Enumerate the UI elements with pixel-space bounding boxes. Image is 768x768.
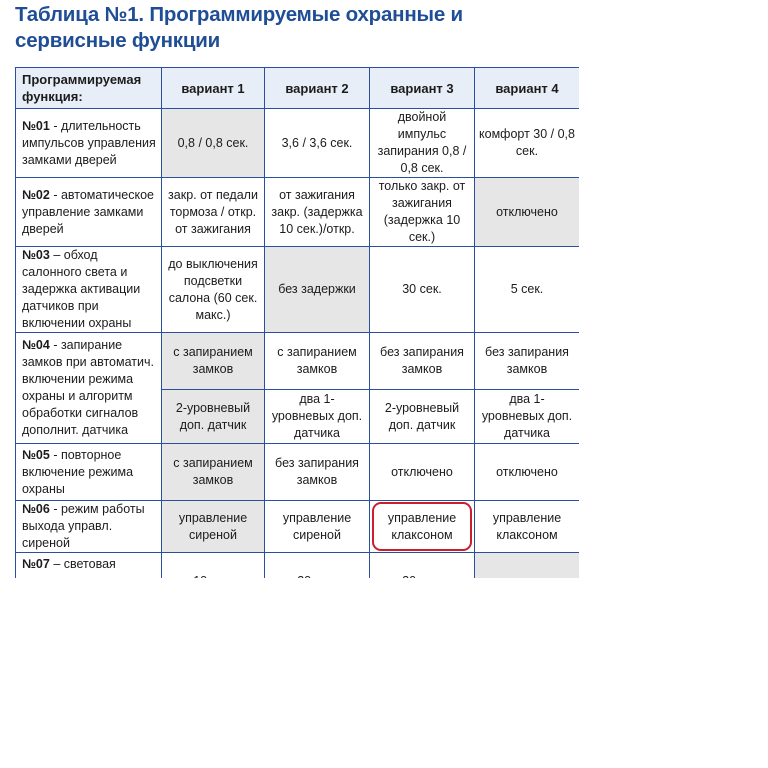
value-cell: с запиранием замков [265, 333, 370, 390]
value-cell: два 1- уровневых доп. датчика [475, 390, 580, 444]
value-cell: 30 сек. [370, 247, 475, 333]
value-cell: два 1- уровневых доп. датчика [265, 390, 370, 444]
table-row: №06 - режим работы выхода управл. сирено… [16, 501, 580, 553]
value-cell-default: управление сиреной [162, 501, 265, 553]
header-variant-3: вариант 3 [370, 68, 475, 109]
value-cell-default: с запиранием замков [162, 333, 265, 390]
value-cell: от зажигания закр. (задержка 10 сек.)/от… [265, 178, 370, 247]
function-code: №03 [22, 248, 50, 262]
header-function: Программируемая функция: [16, 68, 162, 109]
value-cell: только закр. от зажигания (задержка 10 с… [370, 178, 475, 247]
value-cell: 3,6 / 3,6 сек. [265, 109, 370, 178]
function-cell: №02 - автоматическое управление замками … [16, 178, 162, 247]
function-desc: - запирание замков при автоматич. включе… [22, 338, 154, 437]
function-cell: №04 - запирание замков при автоматич. вк… [16, 333, 162, 444]
value-cell: 30 сек. [370, 553, 475, 579]
value-cell: управление клаксоном [475, 501, 580, 553]
value-cell-default: с запиранием замков [162, 444, 265, 501]
functions-table: Программируемая функция: вариант 1 вариа… [15, 67, 579, 578]
value-cell-default: 2-уровневый доп. датчик [162, 390, 265, 444]
header-variant-2: вариант 2 [265, 68, 370, 109]
function-cell: №03 – обход салонного света и задержка а… [16, 247, 162, 333]
header-row: Программируемая функция: вариант 1 вариа… [16, 68, 580, 109]
value-cell: отключено [475, 444, 580, 501]
table-row: №02 - автоматическое управление замками … [16, 178, 580, 247]
function-cell: №06 - режим работы выхода управл. сирено… [16, 501, 162, 553]
value-cell: без запирания замков [370, 333, 475, 390]
function-cell: №01 - длительность импульсов управления … [16, 109, 162, 178]
table-row: №05 - повторное включение режима охраны … [16, 444, 580, 501]
value-cell: отключено [370, 444, 475, 501]
table-title: Таблица №1. Программируемые охранные и с… [15, 2, 575, 54]
value-cell: до выключения подсветки салона (60 сек. … [162, 247, 265, 333]
value-cell-default: отключено [475, 553, 580, 579]
value-cell: без запирания замков [265, 444, 370, 501]
header-variant-1: вариант 1 [162, 68, 265, 109]
table-row: №01 - длительность импульсов управления … [16, 109, 580, 178]
value-cell-default: 0,8 / 0,8 сек. [162, 109, 265, 178]
header-variant-4: вариант 4 [475, 68, 580, 109]
value-cell: 2-уровневый доп. датчик [370, 390, 475, 444]
value-cell: управление сиреной [265, 501, 370, 553]
function-code: №05 [22, 448, 50, 462]
function-cell: №05 - повторное включение режима охраны [16, 444, 162, 501]
value-cell-default: отключено [475, 178, 580, 247]
functions-table-container: Программируемая функция: вариант 1 вариа… [15, 67, 579, 578]
function-code: №04 [22, 338, 50, 352]
value-cell: закр. от педали тормоза / откр. от зажиг… [162, 178, 265, 247]
value-cell: 5 сек. [475, 247, 580, 333]
value-cell: комфорт 30 / 0,8 сек. [475, 109, 580, 178]
value-text: управление клаксоном [388, 511, 456, 542]
value-cell-highlighted: управление клаксоном [370, 501, 475, 553]
value-cell: 10 сек. [162, 553, 265, 579]
table-row: №03 – обход салонного света и задержка а… [16, 247, 580, 333]
value-cell: без запирания замков [475, 333, 580, 390]
value-cell: 20 сек. [265, 553, 370, 579]
function-code: №02 [22, 188, 50, 202]
function-code: №01 [22, 119, 50, 133]
table-row: №04 - запирание замков при автоматич. вк… [16, 333, 580, 390]
value-cell-default: без задержки [265, 247, 370, 333]
highlight-ring [372, 502, 472, 551]
function-cell: №07 – световая индикация открытых дверей [16, 553, 162, 579]
function-code: №07 [22, 557, 50, 571]
value-cell: двойной импульс запирания 0,8 / 0,8 сек. [370, 109, 475, 178]
table-row: №07 – световая индикация открытых дверей… [16, 553, 580, 579]
function-code: №06 [22, 502, 50, 516]
